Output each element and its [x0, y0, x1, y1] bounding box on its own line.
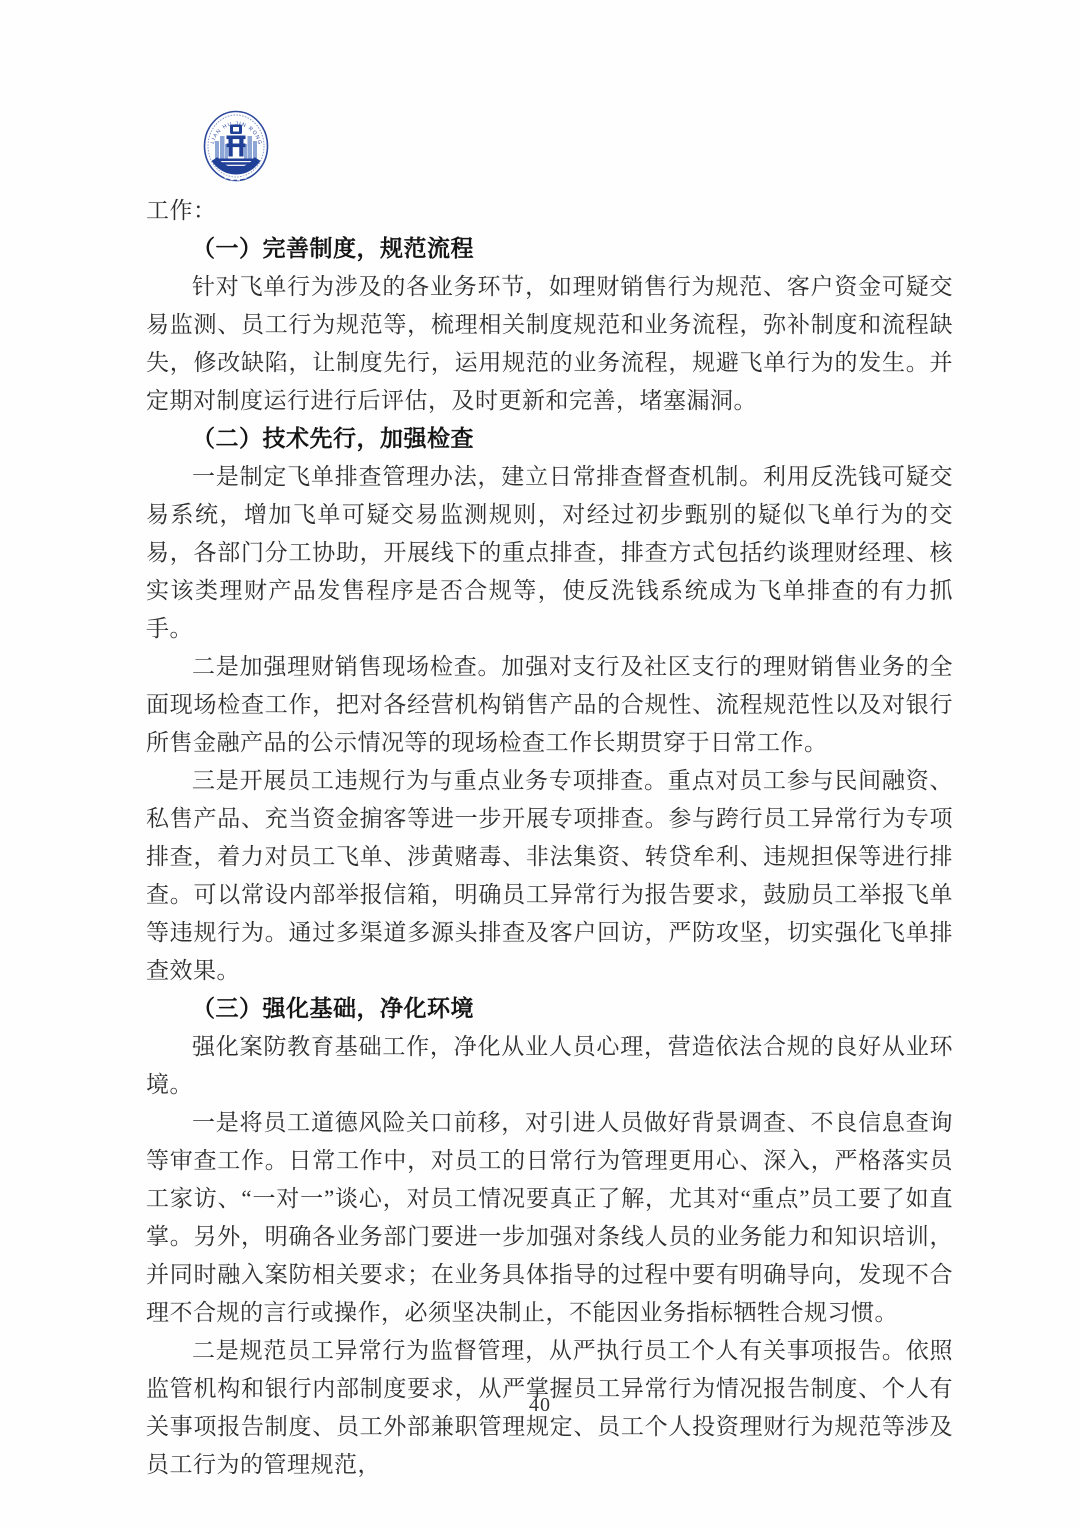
section-3-paragraph-2: 一是将员工道德风险关口前移，对引进人员做好背景调查、不良信息查询等审查工作。日常…	[146, 1104, 953, 1332]
page-number: 40	[0, 1394, 1080, 1417]
section-2-paragraph-3: 三是开展员工违规行为与重点业务专项排查。重点对员工参与民间融资、私售产品、充当资…	[146, 762, 953, 990]
section-3-paragraph-1: 强化案防教育基础工作，净化从业人员心理，营造依法合规的良好从业环境。	[146, 1028, 953, 1104]
bank-seal-icon: LIAN HU JIN RONG	[202, 108, 270, 184]
section-1-paragraph-1: 针对飞单行为涉及的各业务环节，如理财销售行为规范、客户资金可疑交易监测、员工行为…	[146, 268, 953, 420]
document-body: 工作： （一）完善制度，规范流程 针对飞单行为涉及的各业务环节，如理财销售行为规…	[146, 192, 953, 1484]
section-1-heading: （一）完善制度，规范流程	[146, 230, 953, 268]
intro-line: 工作：	[146, 192, 953, 230]
section-2-paragraph-1: 一是制定飞单排查管理办法，建立日常排查督查机制。利用反洗钱可疑交易系统，增加飞单…	[146, 458, 953, 648]
section-3-heading: （三）强化基础，净化环境	[146, 990, 953, 1028]
section-2-paragraph-2: 二是加强理财销售现场检查。加强对支行及社区支行的理财销售业务的全面现场检查工作，…	[146, 648, 953, 762]
section-2-heading: （二）技术先行，加强检查	[146, 420, 953, 458]
bank-seal-logo: LIAN HU JIN RONG	[202, 108, 270, 184]
document-page: LIAN HU JIN RONG	[0, 0, 1080, 1527]
